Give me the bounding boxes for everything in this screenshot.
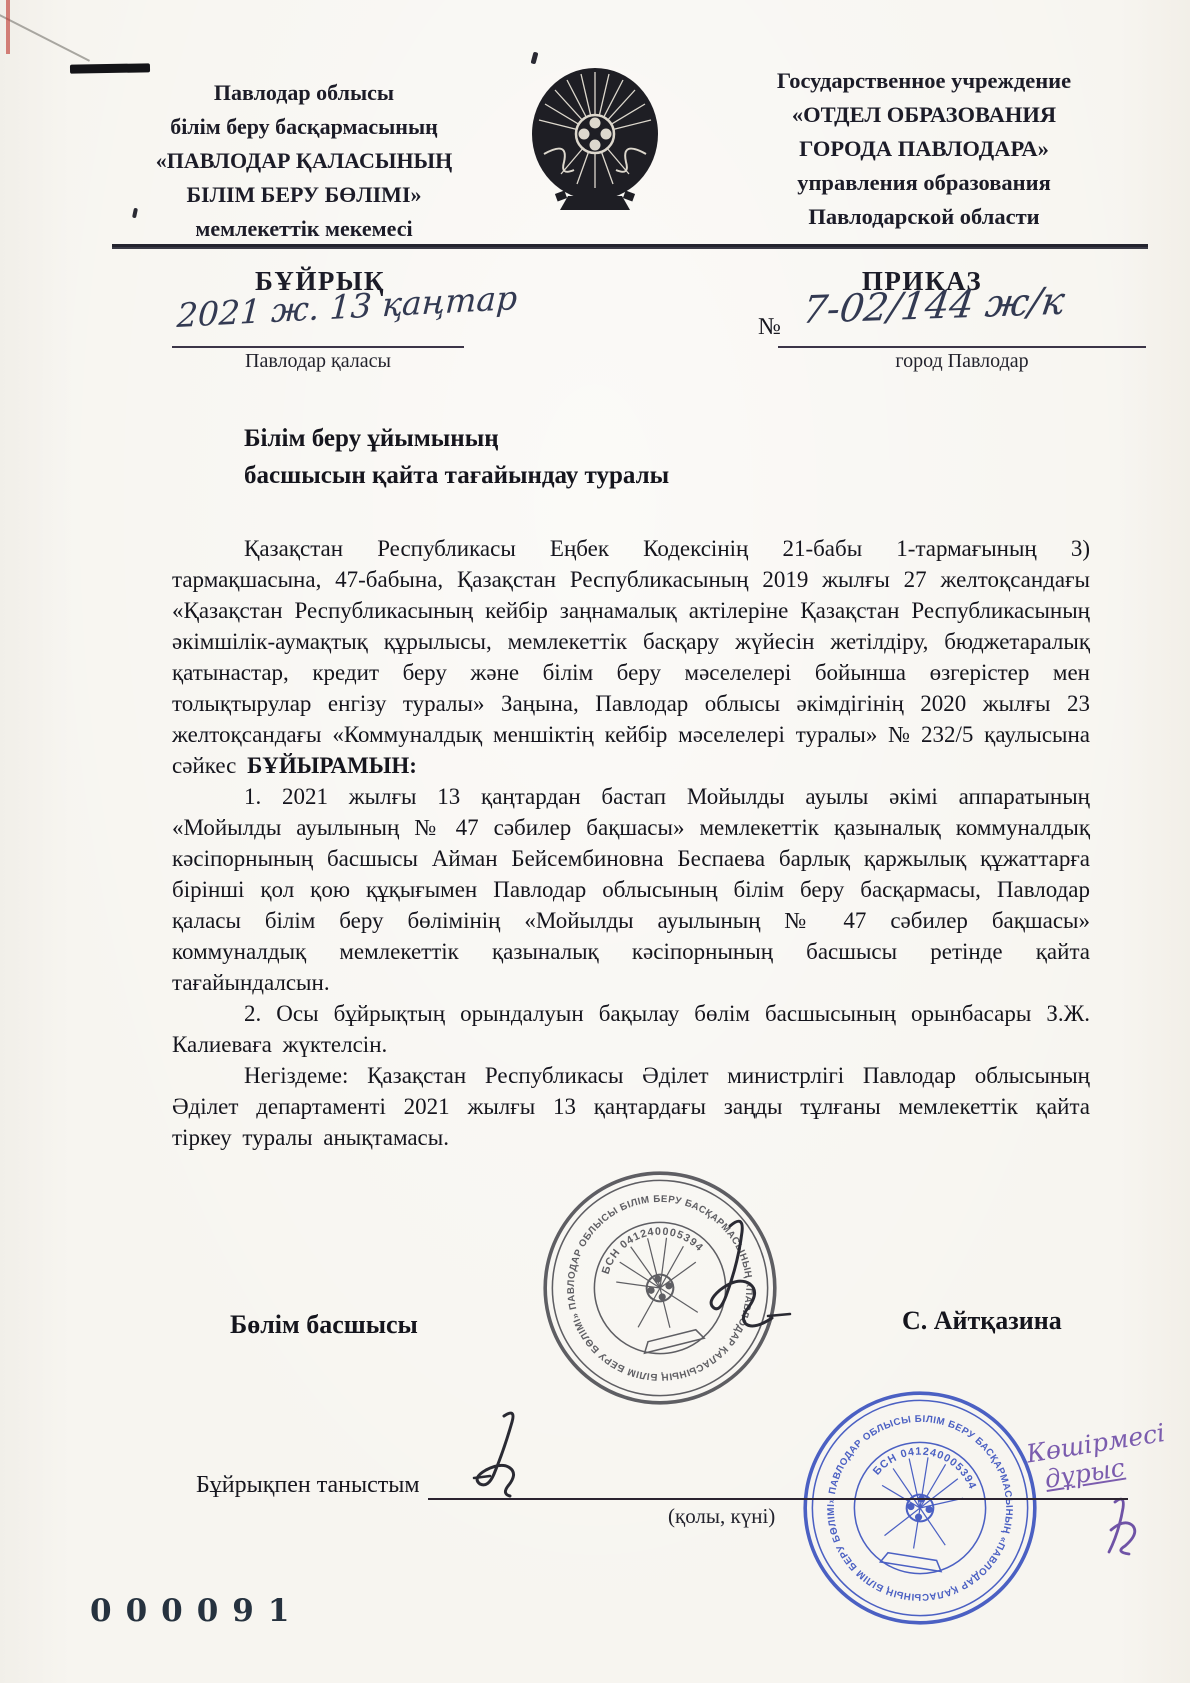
paragraph-item-1: 1. 2021 жылғы 13 қаңтардан бастап Мойылд…	[172, 781, 1090, 998]
org-right-line: «ОТДЕЛ ОБРАЗОВАНИЯ	[712, 98, 1136, 132]
document-title-line2: басшысын қайта тағайындау туралы	[244, 457, 669, 494]
number-sign: №	[758, 314, 781, 341]
org-right-line: Павлодарской области	[712, 200, 1136, 234]
paragraph-grounds: Негіздеме: Қазақстан Республикасы Әділет…	[172, 1060, 1090, 1153]
copy-note-signature	[1085, 1492, 1155, 1564]
paragraph-legal-basis: Қазақстан Республикасы Еңбек Кодексінің …	[172, 533, 1090, 781]
scan-artifact-black-bar	[70, 63, 150, 73]
order-verb-bold: БҰЙЫРАМЫН:	[247, 753, 417, 778]
acknowledgement-signature	[446, 1408, 546, 1508]
acknowledgement-label: Бұйрықпен таныстым	[196, 1472, 420, 1499]
issue-place-russian: город Павлодар	[778, 350, 1146, 373]
number-underline	[778, 346, 1146, 348]
org-right-line: ГОРОДА ПАВЛОДАРА»	[712, 132, 1136, 166]
form-serial-number: 000091	[90, 1593, 303, 1629]
org-right-line: Государственное учреждение	[712, 64, 1136, 98]
document-title-line1: Білім беру ұйымының	[244, 420, 669, 457]
scan-artifact-red-edge	[6, 0, 10, 54]
blue-stamp-ring-text: ПАВЛОДАР ОБЛЫСЫ БІЛІМ БЕРУ БАСҚАРМАСЫНЫҢ…	[779, 1367, 1033, 1615]
order-body-text: Қазақстан Республикасы Еңбек Кодексінің …	[172, 533, 1090, 1153]
org-left-line: «ПАВЛОДАР ҚАЛАСЫНЫҢ	[128, 144, 480, 178]
org-left-line: БІЛІМ БЕРУ БӨЛІМІ»	[128, 178, 480, 212]
org-left-line: білім беру басқармасының	[128, 110, 480, 144]
header-divider-rule	[112, 244, 1148, 249]
org-name-russian: Государственное учреждение «ОТДЕЛ ОБРАЗО…	[712, 64, 1136, 234]
org-left-line: Павлодар облысы	[128, 76, 480, 110]
legal-basis-text: Қазақстан Республикасы Еңбек Кодексінің …	[172, 536, 1090, 778]
signer-name: С. Айтқазина	[902, 1306, 1062, 1336]
scanned-order-document: Павлодар облысы білім беру басқармасының…	[0, 0, 1190, 1683]
kazakhstan-coat-of-arms-icon	[514, 62, 676, 216]
org-name-kazakh: Павлодар облысы білім беру басқармасының…	[128, 76, 480, 246]
document-title: Білім беру ұйымының басшысын қайта тағай…	[244, 420, 669, 494]
svg-text:ПАВЛОДАР ОБЛЫСЫ БІЛІМ БЕРУ БАС: ПАВЛОДАР ОБЛЫСЫ БІЛІМ БЕРУ БАСҚАРМАСЫНЫҢ…	[779, 1367, 1033, 1615]
blue-round-stamp: ПАВЛОДАР ОБЛЫСЫ БІЛІМ БЕРУ БАСҚАРМАСЫНЫҢ…	[779, 1367, 1060, 1648]
date-underline	[172, 346, 464, 348]
issue-place-kazakh: Павлодар қаласы	[172, 350, 464, 373]
paragraph-item-2: 2. Осы бұйрықтың орындалуын бақылау бөлі…	[172, 998, 1090, 1060]
signer-position-label: Бөлім басшысы	[230, 1310, 418, 1340]
director-signature	[668, 1212, 798, 1362]
handwritten-order-number: 7-02/144 ж/к	[800, 279, 1068, 332]
org-left-line: мемлекеттік мекемесі	[128, 212, 480, 246]
acknowledgement-line	[428, 1498, 1128, 1500]
signature-date-hint: (қолы, күні)	[668, 1504, 775, 1529]
scan-artifact-diagonal	[0, 10, 90, 62]
org-right-line: управления образования	[712, 166, 1136, 200]
